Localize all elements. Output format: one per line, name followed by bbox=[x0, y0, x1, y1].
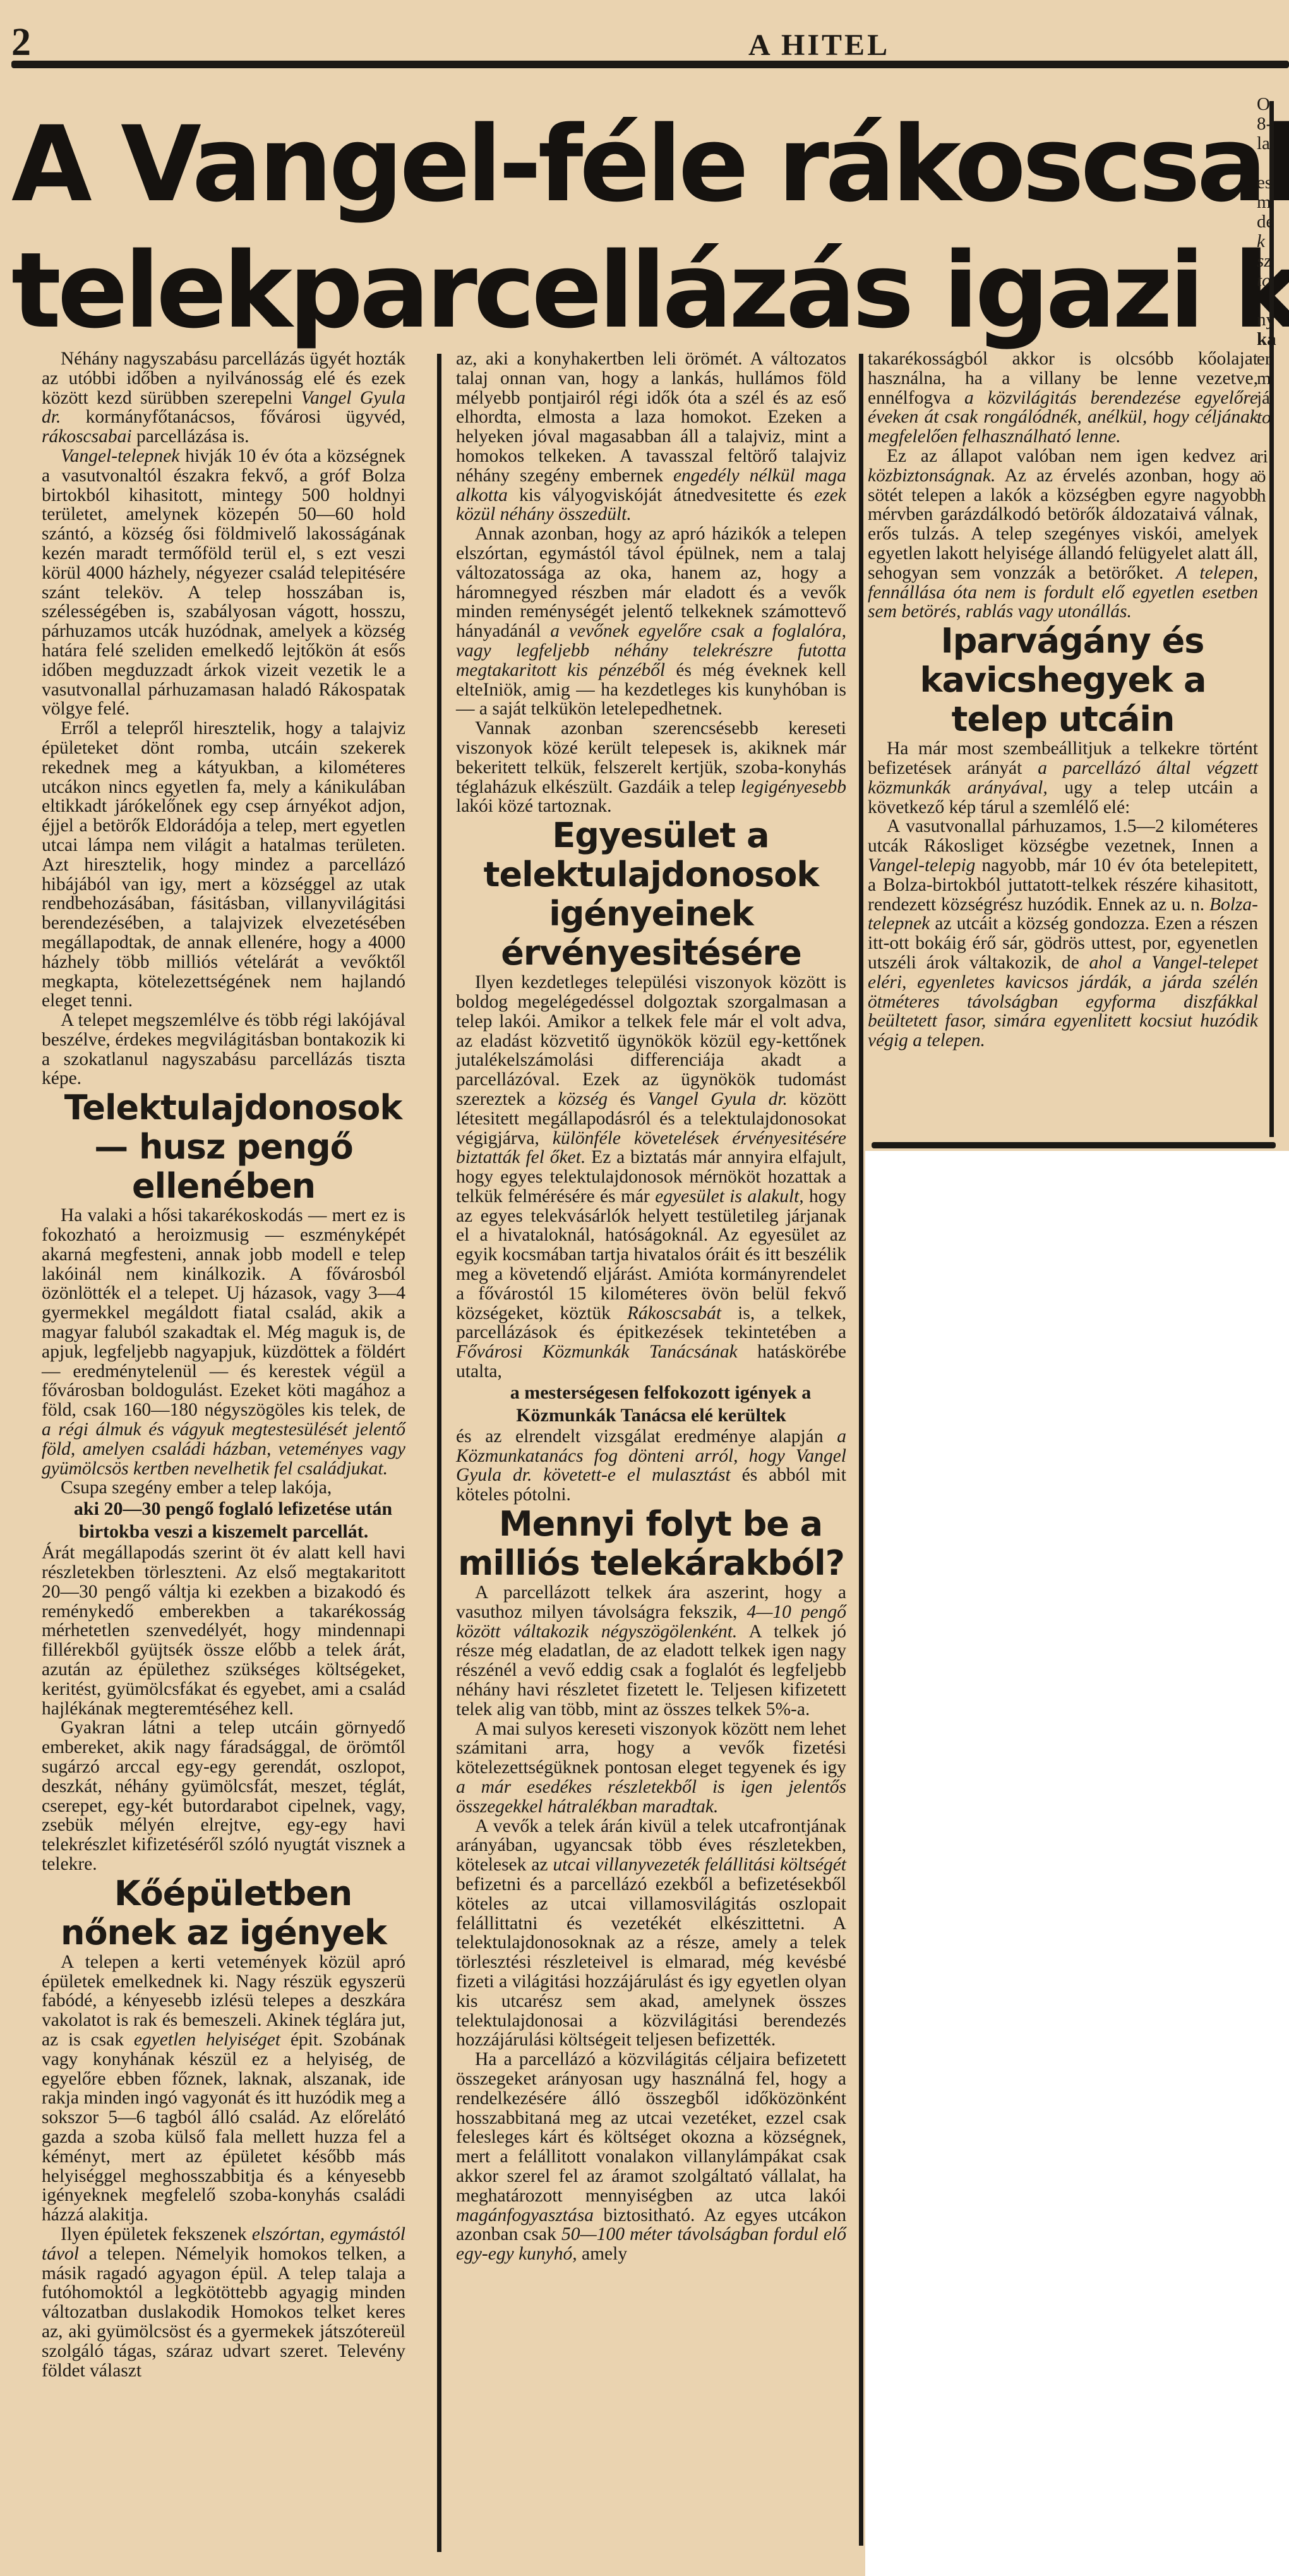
section-heading: Egyesület a telektulajdonosok igényeinek… bbox=[456, 816, 846, 973]
text-fragment: la bbox=[1257, 134, 1289, 153]
text-fragment bbox=[1257, 428, 1289, 447]
column-rule-2 bbox=[859, 354, 863, 2546]
text-fragment: m bbox=[1257, 193, 1289, 212]
paragraph: A parcellázott telkek ára aszerint, hogy… bbox=[456, 1583, 846, 1719]
masthead: 2 A HITEL bbox=[0, 0, 1289, 82]
text-fragment: to bbox=[1257, 271, 1289, 291]
bold-callout: a mesterségesen felfokozott igények a Kö… bbox=[456, 1381, 846, 1427]
text-fragment: ri bbox=[1257, 447, 1289, 467]
paragraph: A telepen a kerti vetemények közül apró … bbox=[42, 1953, 405, 2225]
paragraph: Annak azonban, hogy az apró házikók a te… bbox=[456, 524, 846, 719]
paragraph: A vasutvonallal párhuzamos, 1.5—2 kilomé… bbox=[868, 817, 1258, 1050]
text-fragment: m bbox=[1257, 369, 1289, 388]
paragraph: Ilyen épületek fekszenek elszórtan, egym… bbox=[42, 2225, 405, 2380]
paragraph: Néhány nagyszabásu parcellázás ügyét hoz… bbox=[42, 349, 405, 447]
paragraph: Ha valaki a hősi takarékoskodás — mert e… bbox=[42, 1206, 405, 1478]
page-number: 2 bbox=[11, 23, 31, 62]
section-end-rule bbox=[872, 1142, 1276, 1148]
paragraph: A vevők a telek árán kivül a telek utcaf… bbox=[456, 1817, 846, 2050]
article-column-3: takarékosságból akkor is olcsóbb kőolaja… bbox=[868, 349, 1258, 1050]
text-fragment bbox=[1257, 153, 1289, 173]
paragraph: és az elrendelt vizsgálat eredménye alap… bbox=[456, 1427, 846, 1505]
paragraph: Csupa szegény ember a telep lakója, bbox=[42, 1478, 405, 1498]
text-fragment: sz bbox=[1257, 251, 1289, 271]
text-fragment: ö bbox=[1257, 467, 1289, 486]
newspaper-title: A HITEL bbox=[748, 30, 890, 61]
section-heading: Telektulajdonosok — husz pengő ellenében bbox=[42, 1088, 405, 1206]
main-headline: A Vangel-féle rákoscsabai telekparcelláz… bbox=[11, 101, 1237, 354]
paragraph: Erről a telepről hiresztelik, hogy a tal… bbox=[42, 719, 405, 1011]
text-fragment: h bbox=[1257, 486, 1289, 506]
text-fragment: O bbox=[1257, 95, 1289, 114]
paragraph: A telepet megszemlélve és több régi lakó… bbox=[42, 1011, 405, 1088]
paragraph: az, aki a konyhakertben leli örömét. A v… bbox=[456, 349, 846, 524]
section-heading: Kőépületben nőnek az igények bbox=[42, 1874, 405, 1953]
text-fragment: ka bbox=[1257, 330, 1289, 349]
text-fragment: es bbox=[1257, 173, 1289, 193]
text-fragment bbox=[1257, 291, 1289, 310]
text-fragment: k bbox=[1257, 232, 1289, 251]
column-rule-1 bbox=[437, 354, 441, 2552]
paragraph: Vannak azonban szerencsésebb kereseti vi… bbox=[456, 719, 846, 816]
text-fragment: to bbox=[1257, 408, 1289, 428]
text-fragment: já bbox=[1257, 388, 1289, 408]
headline-line-2: telekparcellázás igazi képe bbox=[11, 227, 1237, 354]
section-heading: Iparvágány és kavicshegyek a telep utcái… bbox=[868, 622, 1258, 739]
paragraph: Ilyen kezdetleges települési viszonyok k… bbox=[456, 973, 846, 1381]
paragraph: takarékosságból akkor is olcsóbb kőolaja… bbox=[868, 349, 1258, 447]
paragraph: Ez az állapot valóban nem igen kedvez a … bbox=[868, 447, 1258, 622]
blank-area bbox=[865, 1151, 1289, 2576]
paragraph: Árát megállapodás szerint öt év alatt ke… bbox=[42, 1543, 405, 1718]
paragraph: A mai sulyos kereseti viszonyok között n… bbox=[456, 1719, 846, 1817]
masthead-rule bbox=[11, 61, 1289, 68]
text-fragment: 8- bbox=[1257, 114, 1289, 134]
paragraph: Vangel-telepnek hivják 10 év óta a közsé… bbox=[42, 447, 405, 719]
paragraph: Ha a parcellázó a közvilágitás céljaira … bbox=[456, 2050, 846, 2264]
article-column-1: Néhány nagyszabásu parcellázás ügyét hoz… bbox=[42, 349, 405, 2380]
text-fragment: er bbox=[1257, 349, 1289, 369]
article-column-2: az, aki a konyhakertben leli örömét. A v… bbox=[456, 349, 846, 2264]
bold-callout: aki 20—30 pengő foglaló lefizetése után … bbox=[42, 1498, 405, 1543]
text-fragment: ny bbox=[1257, 310, 1289, 330]
adjacent-column-fragment: O 8- la es m de k sz to ny ka er m já to… bbox=[1257, 95, 1289, 506]
paragraph: Ha már most szembeállitjuk a telkekre tö… bbox=[868, 739, 1258, 817]
paragraph: Gyakran látni a telep utcáin görnyedő em… bbox=[42, 1718, 405, 1874]
text-fragment: de bbox=[1257, 212, 1289, 232]
section-heading: Mennyi folyt be a milliós telekárakból? bbox=[456, 1505, 846, 1583]
headline-line-1: A Vangel-féle rákoscsabai bbox=[11, 101, 1237, 227]
